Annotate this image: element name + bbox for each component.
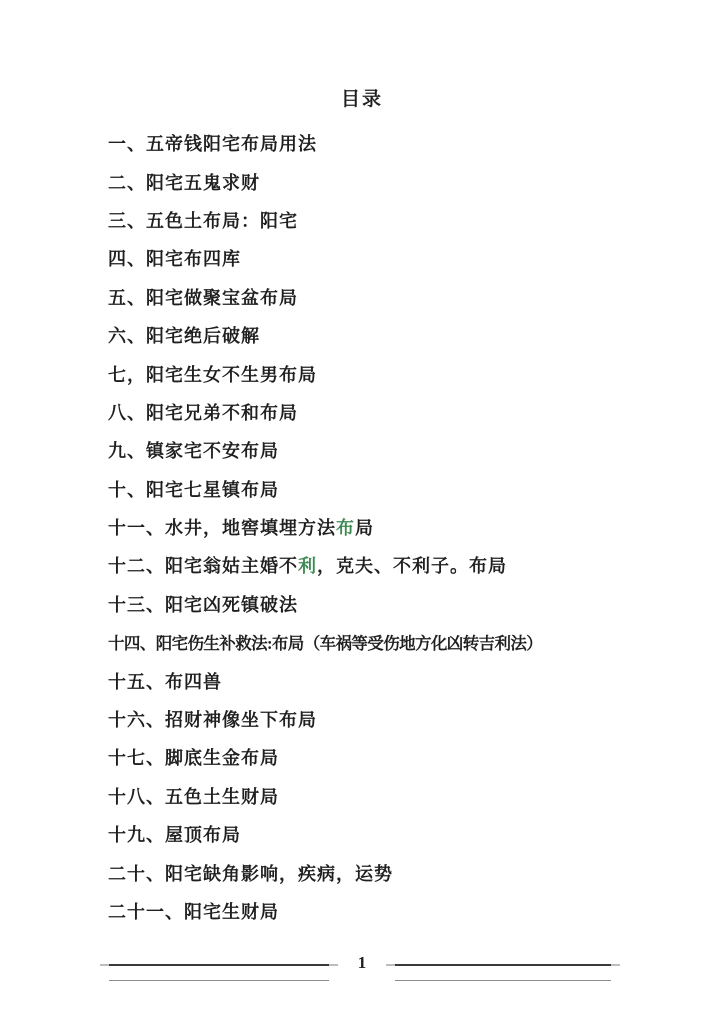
toc-item: 二、阳宅五鬼求财 — [108, 162, 688, 200]
toc-item-text: 十、阳宅七星镇布局 — [108, 476, 279, 502]
page-number: 1 — [338, 953, 386, 973]
toc-item-text: 二、阳宅五鬼求财 — [108, 169, 260, 195]
toc-item-text: 三、五色土布局：阳宅 — [108, 207, 298, 233]
toc-item-text: 二十一、阳宅生财局 — [108, 898, 279, 924]
toc-item: 四、阳宅布四库 — [108, 239, 688, 277]
toc-item-text: 八、阳宅兄弟不和布局 — [108, 399, 298, 425]
toc-item: 十二、阳宅翁姑主婚不利，克夫、不利子。布局 — [108, 546, 688, 584]
highlighted-char: 利 — [298, 552, 317, 578]
toc-item: 三、五色土布局：阳宅 — [108, 201, 688, 239]
toc-item-text: 九、镇家宅不安布局 — [108, 437, 279, 463]
toc-item-text: 十五、布四兽 — [108, 668, 222, 694]
toc-item: 十六、招财神像坐下布局 — [108, 700, 688, 738]
toc-item-text: 七，阳宅生女不生男布局 — [108, 361, 317, 387]
toc-item-text: ，克夫、不利子。布局 — [317, 552, 507, 578]
toc-item-text: 十七、脚底生金布局 — [108, 744, 279, 770]
toc-item-text: 十四、阳宅伤生补救法:布局（车祸等受伤地方化凶转吉利法） — [108, 630, 542, 654]
toc-item: 七，阳宅生女不生男布局 — [108, 354, 688, 392]
toc-item-text: 五、阳宅做聚宝盆布局 — [108, 284, 298, 310]
toc-item: 十五、布四兽 — [108, 661, 688, 699]
toc-list: 一、五帝钱阳宅布局用法二、阳宅五鬼求财三、五色土布局：阳宅四、阳宅布四库五、阳宅… — [108, 124, 688, 930]
footer-rule-left — [100, 964, 338, 981]
toc-item-text: 四、阳宅布四库 — [108, 245, 241, 271]
toc-item-text: 六、阳宅绝后破解 — [108, 322, 260, 348]
toc-item: 九、镇家宅不安布局 — [108, 431, 688, 469]
toc-item-text: 十二、阳宅翁姑主婚不 — [108, 552, 298, 578]
toc-item-text: 一、五帝钱阳宅布局用法 — [108, 130, 317, 156]
toc-item: 二十、阳宅缺角影响，疾病，运势 — [108, 853, 688, 891]
footer-rule-right-bottom — [395, 980, 611, 982]
footer-rule-left-bottom — [109, 980, 329, 982]
toc-item-text: 局 — [355, 514, 374, 540]
toc-item-text: 十一、水井，地窖填埋方法 — [108, 514, 336, 540]
toc-item: 八、阳宅兄弟不和布局 — [108, 393, 688, 431]
footer-rule-left-top — [100, 964, 338, 966]
toc-item-text: 十九、屋顶布局 — [108, 821, 241, 847]
highlighted-char: 布 — [336, 514, 355, 540]
toc-item-text: 十六、招财神像坐下布局 — [108, 706, 317, 732]
toc-item-text: 十八、五色土生财局 — [108, 783, 279, 809]
toc-item: 十一、水井，地窖填埋方法布局 — [108, 508, 688, 546]
document-page: 目录 一、五帝钱阳宅布局用法二、阳宅五鬼求财三、五色土布局：阳宅四、阳宅布四库五… — [0, 0, 724, 1024]
toc-item: 二十一、阳宅生财局 — [108, 892, 688, 930]
toc-item: 十、阳宅七星镇布局 — [108, 470, 688, 508]
toc-item: 五、阳宅做聚宝盆布局 — [108, 278, 688, 316]
footer-rule-right — [386, 964, 620, 981]
footer-rule-right-top — [386, 964, 620, 966]
toc-item: 十八、五色土生财局 — [108, 777, 688, 815]
toc-item-text: 二十、阳宅缺角影响，疾病，运势 — [108, 860, 393, 886]
toc-item-text: 十三、阳宅凶死镇破法 — [108, 591, 298, 617]
page-footer: 1 — [0, 952, 724, 997]
toc-item: 一、五帝钱阳宅布局用法 — [108, 124, 688, 162]
toc-item: 十三、阳宅凶死镇破法 — [108, 585, 688, 623]
toc-item: 十四、阳宅伤生补救法:布局（车祸等受伤地方化凶转吉利法） — [108, 623, 688, 661]
toc-item: 六、阳宅绝后破解 — [108, 316, 688, 354]
toc-item: 十七、脚底生金布局 — [108, 738, 688, 776]
toc-item: 十九、屋顶布局 — [108, 815, 688, 853]
page-title: 目录 — [0, 84, 724, 111]
